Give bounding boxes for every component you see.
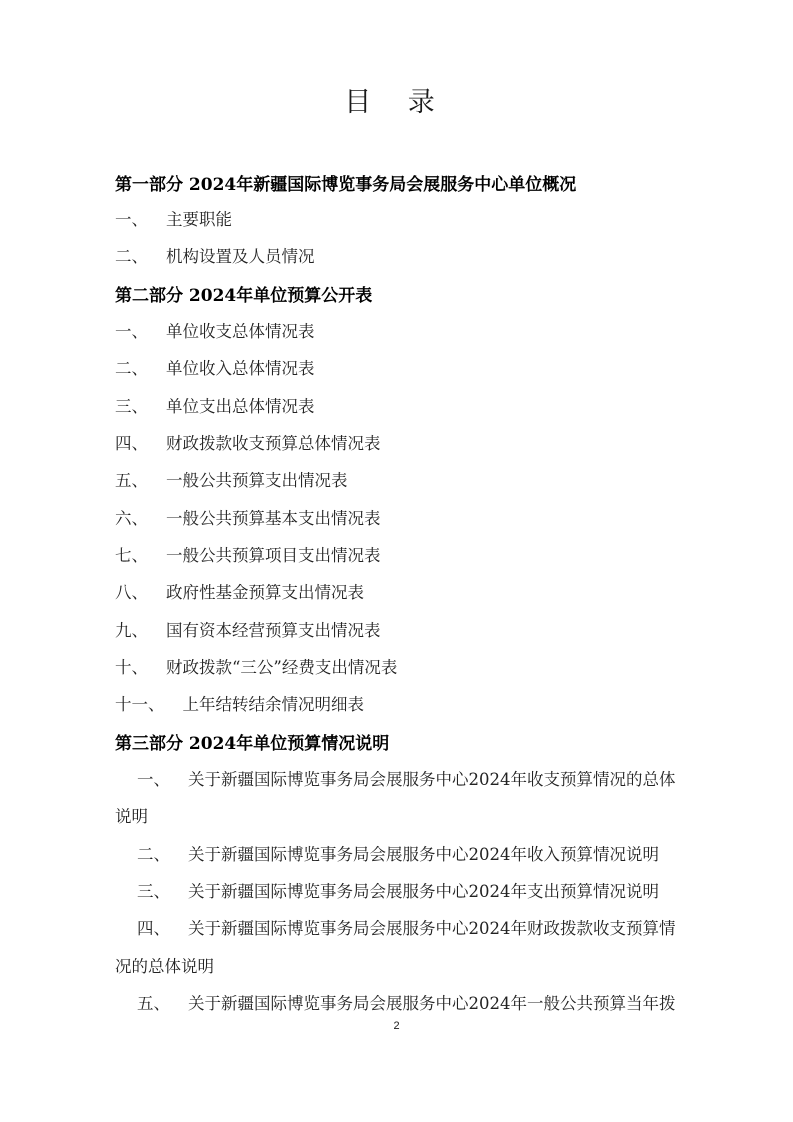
toc-item[interactable]: 二、关于新疆国际博览事务局会展服务中心2024年收入预算情况说明 [137,841,659,865]
toc-item[interactable]: 七、一般公共预算项目支出情况表 [115,542,381,566]
part2-heading: 第二部分 2024年单位预算公开表 [115,281,372,306]
page-number: 2 [0,1020,793,1032]
toc-item[interactable]: 三、关于新疆国际博览事务局会展服务中心2024年支出预算情况说明 [137,878,659,902]
toc-item[interactable]: 十一、上年结转结余情况明细表 [115,691,364,715]
toc-item[interactable]: 九、国有资本经营预算支出情况表 [115,617,381,641]
toc-item[interactable]: 六、一般公共预算基本支出情况表 [115,505,381,529]
toc-item[interactable]: 五、关于新疆国际博览事务局会展服务中心2024年一般公共预算当年拨 [137,990,676,1014]
page-title: 目 录 [0,80,793,119]
toc-item[interactable]: 四、关于新疆国际博览事务局会展服务中心2024年财政拨款收支预算情 [137,915,676,939]
toc-item[interactable]: 三、单位支出总体情况表 [115,393,315,417]
toc-item[interactable]: 十、财政拨款“三公”经费支出情况表 [115,654,397,678]
part1-heading: 第一部分 2024年新疆国际博览事务局会展服务中心单位概况 [115,170,576,195]
toc-item[interactable]: 五、一般公共预算支出情况表 [115,467,348,491]
toc-item[interactable]: 四、财政拨款收支预算总体情况表 [115,430,381,454]
toc-item[interactable]: 一、单位收支总体情况表 [115,318,315,342]
toc-item-continuation: 况的总体说明 [115,953,214,977]
toc-item-continuation: 说明 [115,803,148,827]
toc-item[interactable]: 八、政府性基金预算支出情况表 [115,579,364,603]
toc-item[interactable]: 一、关于新疆国际博览事务局会展服务中心2024年收支预算情况的总体 [137,766,676,790]
toc-item[interactable]: 一、主要职能 [115,206,232,230]
toc-item[interactable]: 二、机构设置及人员情况 [115,243,315,267]
part3-heading: 第三部分 2024年单位预算情况说明 [115,729,389,754]
toc-item[interactable]: 二、单位收入总体情况表 [115,355,315,379]
